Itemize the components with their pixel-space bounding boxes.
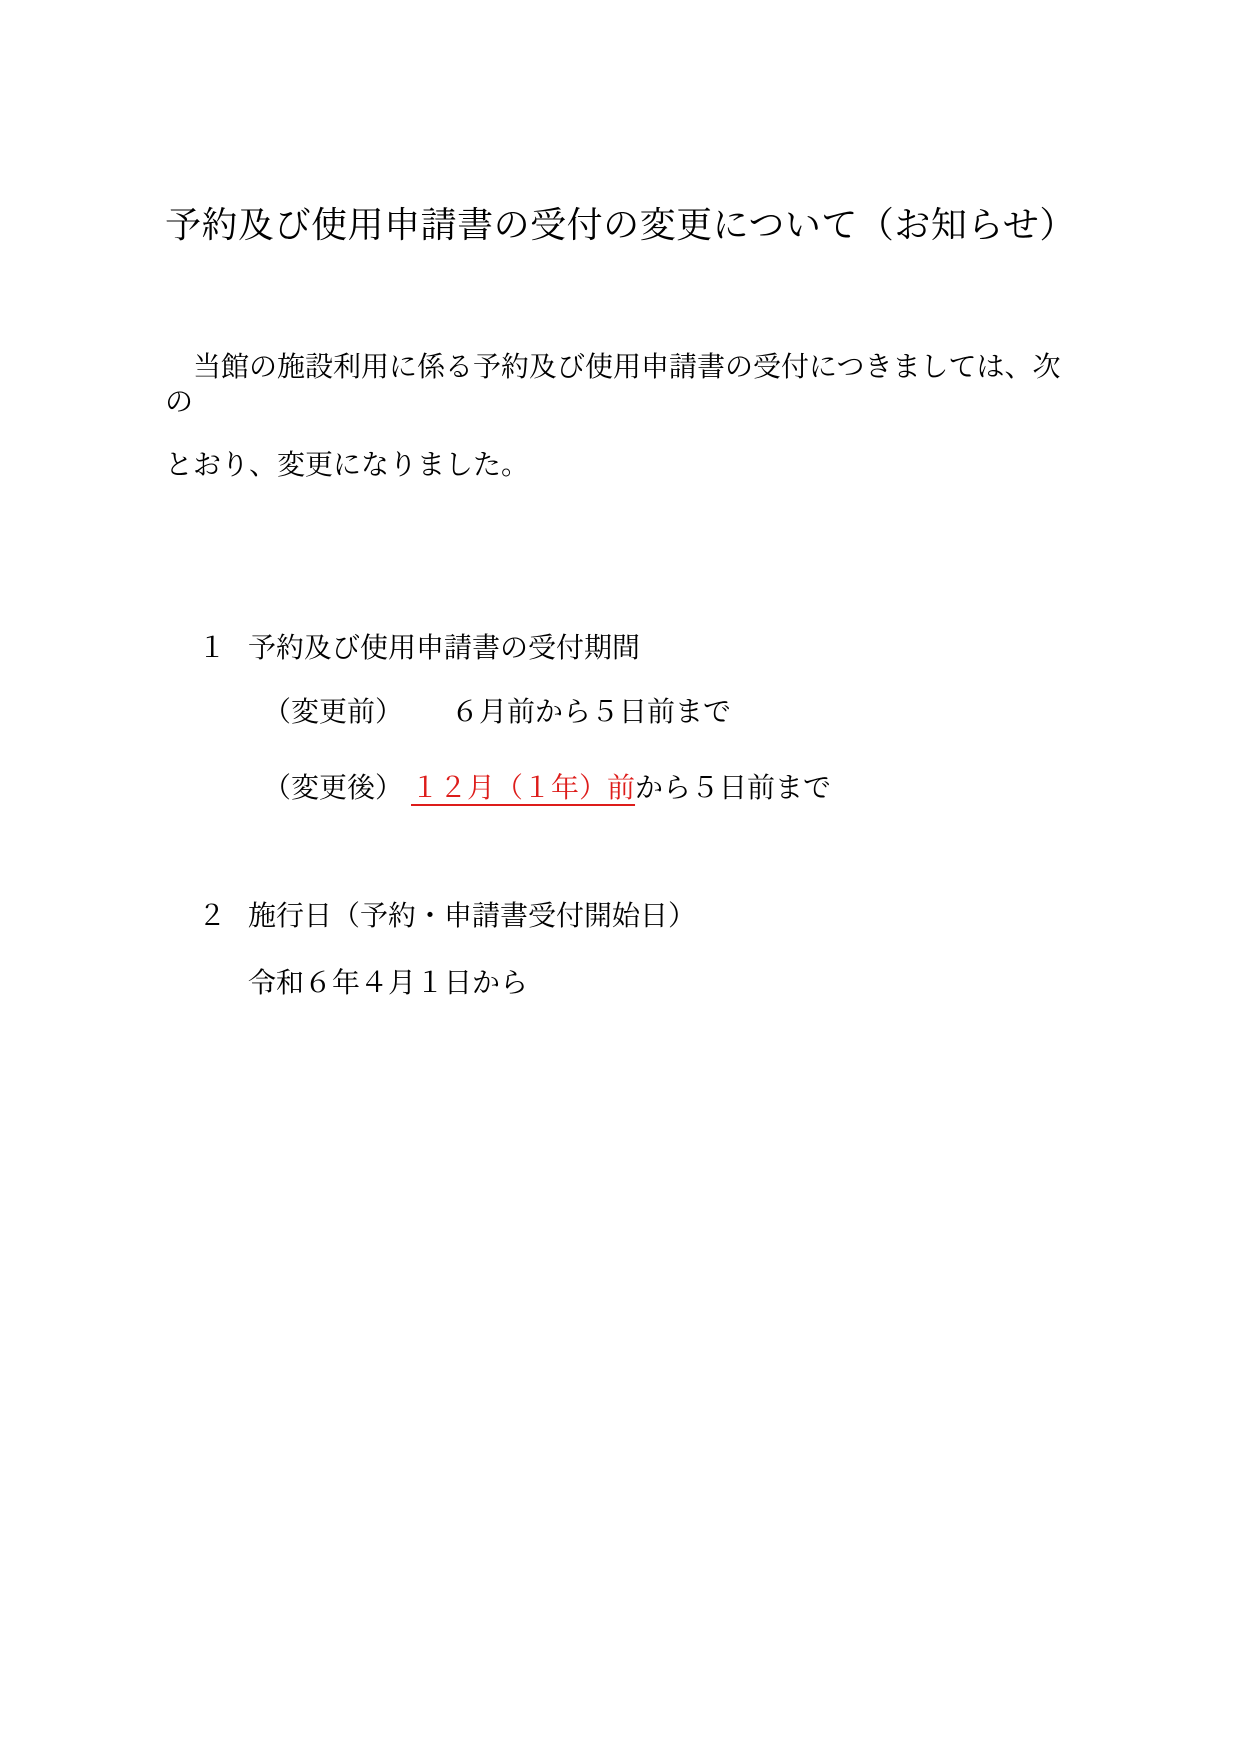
section-heading-text: 予約及び使用申請書の受付期間 xyxy=(248,630,640,665)
intro-paragraph-line: とおり、変更になりました。 xyxy=(165,447,1076,482)
section-effective-date: ２ 施行日（予約・申請書受付開始日） 令和６年４月１日から xyxy=(165,898,1076,1000)
intro-paragraph-line: 当館の施設利用に係る予約及び使用申請書の受付につきましては、次の xyxy=(165,349,1076,419)
change-before-row: （変更前）６月前から５日前まで xyxy=(263,694,1076,729)
page-title: 予約及び使用申請書の受付の変更について（お知らせ） xyxy=(165,0,1076,249)
change-after-row: （変更後）１２月（１年）前から５日前まで xyxy=(263,770,1076,805)
change-after-rest: から５日前まで xyxy=(635,772,831,803)
change-after-highlight: １２月（１年）前 xyxy=(411,772,635,803)
change-before-label: （変更前） xyxy=(263,696,403,727)
section-reception-period: １ 予約及び使用申請書の受付期間 （変更前）６月前から５日前まで （変更後）１２… xyxy=(165,630,1076,805)
section-heading: １ 予約及び使用申請書の受付期間 xyxy=(198,630,1076,665)
change-before-value: ６月前から５日前まで xyxy=(451,696,731,727)
section-heading: ２ 施行日（予約・申請書受付開始日） xyxy=(198,898,1076,933)
section-number: １ xyxy=(198,630,226,665)
document-page: 予約及び使用申請書の受付の変更について（お知らせ） 当館の施設利用に係る予約及び… xyxy=(0,0,1241,1755)
intro-paragraph: 当館の施設利用に係る予約及び使用申請書の受付につきましては、次の とおり、変更に… xyxy=(165,349,1076,482)
effective-date-text: 令和６年４月１日から xyxy=(248,965,1076,1000)
section-heading-text: 施行日（予約・申請書受付開始日） xyxy=(248,898,696,933)
change-after-label: （変更後） xyxy=(263,772,403,803)
section-number: ２ xyxy=(198,898,226,933)
